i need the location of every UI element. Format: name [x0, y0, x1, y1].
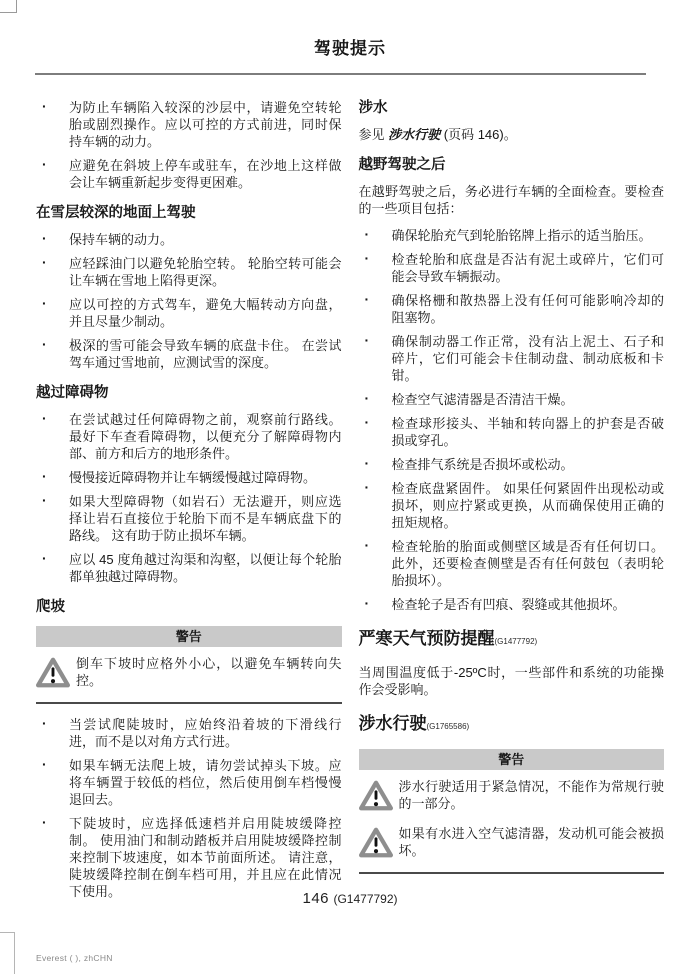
bullet-item: 检查空气滤清器是否清洁干燥。	[359, 391, 665, 408]
watermark: Everest ( ), zhCHN	[36, 953, 113, 963]
page-number: 146	[302, 890, 329, 907]
warning-header: 警告	[36, 626, 342, 647]
bullet-text: 检查底盘紧固件。 如果任何紧固件出现松动或损坏，则应拧紧或更换，从而确保使用正确…	[392, 481, 665, 530]
footer-doc-id: (G1477792)	[333, 892, 397, 906]
section-heading-after-offroad: 越野驾驶之后	[359, 156, 665, 174]
page-title: 驾驶提示	[0, 0, 700, 59]
section-heading-wading: 涉水行驶(G1765586)	[359, 714, 665, 737]
content-columns: 为防止车辆陷入较深的沙层中，请避免空转轮胎或剧烈操作。应以可控的方式前进，同时保…	[0, 75, 700, 907]
warning-text: 如果有水进入空气滤清器，发动机可能会被损坏。	[399, 825, 665, 859]
bullet-text: 确保制动器工作正常，没有沾上泥土、石子和碎片，它们可能会卡住制动盘、制动底板和卡…	[392, 334, 665, 383]
bullet-text: 应以 45 度角越过沟渠和沟壑，以便让每个轮胎都单独越过障碍物。	[69, 552, 342, 584]
bullet-text: 检查轮胎和底盘是否沾有泥土或碎片，它们可能会导致车辆振动。	[392, 252, 665, 284]
warning-rule	[359, 872, 665, 874]
section-heading-climbing: 爬坡	[36, 598, 342, 616]
heading-text: 涉水行驶	[359, 714, 427, 733]
crop-mark-bottom-left	[0, 932, 15, 974]
bullet-text: 慢慢接近障碍物并让车辆缓慢越过障碍物。	[69, 470, 316, 485]
warning-rule	[36, 702, 342, 704]
warning-box: 警告 涉水行驶适用于紧急情况，不能作为常规行驶的一部分。	[359, 749, 665, 874]
bullet-item: 检查轮胎和底盘是否沾有泥土或碎片，它们可能会导致车辆振动。	[359, 251, 665, 285]
bullet-item: 保持车辆的动力。	[36, 231, 342, 248]
bullet-text: 检查轮胎的胎面或侧壁区域是否有任何切口。 此外，还要检查侧壁是否有任何鼓包（表明…	[392, 539, 665, 588]
bullet-text: 下陡坡时，应选择低速档并启用陡坡缓降控制。 使用油门和制动踏板并启用陡坡缓降控制…	[69, 816, 342, 899]
section-heading-obstacles: 越过障碍物	[36, 384, 342, 402]
bullet-item: 极深的雪可能会导致车辆的底盘卡住。 在尝试驾车通过雪地前，应测试雪的深度。	[36, 337, 342, 371]
warning-header: 警告	[359, 749, 665, 770]
page-footer: 146 (G1477792)	[0, 890, 700, 908]
section-heading-snow: 在雪层较深的地面上驾驶	[36, 204, 342, 222]
bullet-item: 检查球形接头、半轴和转向器上的护套是否破损或穿孔。	[359, 415, 665, 449]
bullet-item: 应避免在斜坡上停车或驻车，在沙地上这样做会让车辆重新起步变得更困难。	[36, 157, 342, 191]
reference-prefix: 参见	[359, 127, 389, 142]
right-column: 涉水 参见 涉水行驶 (页码 146)。 越野驾驶之后 在越野驾驶之后，务必进行…	[359, 99, 665, 907]
warning-triangle-icon	[359, 778, 399, 815]
heading-doc-id: (G1477792)	[495, 637, 538, 646]
bullet-item: 检查排气系统是否损坏或松动。	[359, 456, 665, 473]
bullet-text: 如果车辆无法爬上坡，请勿尝试掉头下坡。应将车辆置于较低的档位，然后使用倒车档慢慢…	[69, 758, 342, 807]
bullet-text: 确保格栅和散热器上没有任何可能影响冷却的阻塞物。	[392, 293, 665, 325]
bullet-item: 确保格栅和散热器上没有任何可能影响冷却的阻塞物。	[359, 292, 665, 326]
bullet-item: 为防止车辆陷入较深的沙层中，请避免空转轮胎或剧烈操作。应以可控的方式前进，同时保…	[36, 99, 342, 150]
crop-mark-top-left	[0, 0, 17, 13]
warning-text: 涉水行驶适用于紧急情况，不能作为常规行驶的一部分。	[399, 778, 665, 812]
bullet-item: 如果大型障碍物（如岩石）无法避开，则应选择让岩石直接位于轮胎下而不是车辆底盘下的…	[36, 493, 342, 544]
bullet-text: 应避免在斜坡上停车或驻车，在沙地上这样做会让车辆重新起步变得更困难。	[69, 158, 342, 190]
reference-suffix: (页码 146)。	[440, 127, 517, 142]
bullet-item: 应轻踩油门以避免轮胎空转。 轮胎空转可能会让车辆在雪地上陷得更深。	[36, 255, 342, 289]
bullet-text: 当尝试爬陡坡时，应始终沿着坡的下滑线行进，而不是以对角方式行进。	[69, 717, 342, 749]
bullet-text: 应轻踩油门以避免轮胎空转。 轮胎空转可能会让车辆在雪地上陷得更深。	[69, 256, 342, 288]
bullet-item: 检查轮胎的胎面或侧壁区域是否有任何切口。 此外，还要检查侧壁是否有任何鼓包（表明…	[359, 538, 665, 589]
bullet-text: 保持车辆的动力。	[69, 232, 173, 247]
bullet-item: 当尝试爬陡坡时，应始终沿着坡的下滑线行进，而不是以对角方式行进。	[36, 716, 342, 750]
bullet-text: 极深的雪可能会导致车辆的底盘卡住。 在尝试驾车通过雪地前，应测试雪的深度。	[69, 338, 342, 370]
bullet-text: 检查球形接头、半轴和转向器上的护套是否破损或穿孔。	[392, 416, 665, 448]
bullet-text: 如果大型障碍物（如岩石）无法避开，则应选择让岩石直接位于轮胎下而不是车辆底盘下的…	[69, 494, 342, 543]
section-heading-cold-weather: 严寒天气预防提醒(G1477792)	[359, 629, 665, 652]
bullet-item: 如果车辆无法爬上坡，请勿尝试掉头下坡。应将车辆置于较低的档位，然后使用倒车档慢慢…	[36, 757, 342, 808]
bullet-text: 检查排气系统是否损坏或松动。	[392, 457, 574, 472]
bullet-text: 检查空气滤清器是否清洁干燥。	[392, 392, 574, 407]
warning-item: 倒车下坡时应格外小心，以避免车辆转向失控。	[36, 647, 342, 694]
bullet-item: 应以 45 度角越过沟渠和沟壑，以便让每个轮胎都单独越过障碍物。	[36, 551, 342, 585]
warning-item: 如果有水进入空气滤清器，发动机可能会被损坏。	[359, 817, 665, 864]
paragraph: 在越野驾驶之后，务必进行车辆的全面检查。要检查的一些项目包括：	[359, 183, 665, 217]
bullet-text: 为防止车辆陷入较深的沙层中，请避免空转轮胎或剧烈操作。应以可控的方式前进，同时保…	[69, 100, 342, 149]
bullet-item: 检查轮子是否有凹痕、裂缝或其他损坏。	[359, 596, 665, 613]
bullet-item: 慢慢接近障碍物并让车辆缓慢越过障碍物。	[36, 469, 342, 486]
bullet-item: 下陡坡时，应选择低速档并启用陡坡缓降控制。 使用油门和制动踏板并启用陡坡缓降控制…	[36, 815, 342, 900]
bullet-item: 应以可控的方式驾车，避免大幅转动方向盘，并且尽量少制动。	[36, 296, 342, 330]
warning-box: 警告 倒车下坡时应格外小心，以避免车辆转向失控。	[36, 626, 342, 704]
left-column: 为防止车辆陷入较深的沙层中，请避免空转轮胎或剧烈操作。应以可控的方式前进，同时保…	[36, 99, 342, 907]
bullet-item: 在尝试越过任何障碍物之前，观察前行路线。 最好下车查看障碍物，以便充分了解障碍物…	[36, 411, 342, 462]
heading-doc-id: (G1765586)	[427, 722, 470, 731]
warning-text: 倒车下坡时应格外小心，以避免车辆转向失控。	[76, 655, 342, 689]
reference-line: 参见 涉水行驶 (页码 146)。	[359, 126, 665, 143]
bullet-text: 在尝试越过任何障碍物之前，观察前行路线。 最好下车查看障碍物，以便充分了解障碍物…	[69, 412, 342, 461]
warning-item: 涉水行驶适用于紧急情况，不能作为常规行驶的一部分。	[359, 770, 665, 817]
bullet-item: 确保轮胎充气到轮胎铭牌上指示的适当胎压。	[359, 227, 665, 244]
bullet-text: 确保轮胎充气到轮胎铭牌上指示的适当胎压。	[392, 228, 652, 243]
reference-link: 涉水行驶	[388, 127, 440, 142]
warning-triangle-icon	[36, 655, 76, 692]
bullet-text: 应以可控的方式驾车，避免大幅转动方向盘，并且尽量少制动。	[69, 297, 342, 329]
bullet-item: 确保制动器工作正常，没有沾上泥土、石子和碎片，它们可能会卡住制动盘、制动底板和卡…	[359, 333, 665, 384]
heading-text: 严寒天气预防提醒	[359, 629, 495, 648]
paragraph: 当周围温度低于-25ºC时，一些部件和系统的功能操作会受影响。	[359, 664, 665, 698]
warning-triangle-icon	[359, 825, 399, 862]
section-heading-wading-ref: 涉水	[359, 99, 665, 117]
bullet-item: 检查底盘紧固件。 如果任何紧固件出现松动或损坏，则应拧紧或更换，从而确保使用正确…	[359, 480, 665, 531]
bullet-text: 检查轮子是否有凹痕、裂缝或其他损坏。	[392, 597, 626, 612]
